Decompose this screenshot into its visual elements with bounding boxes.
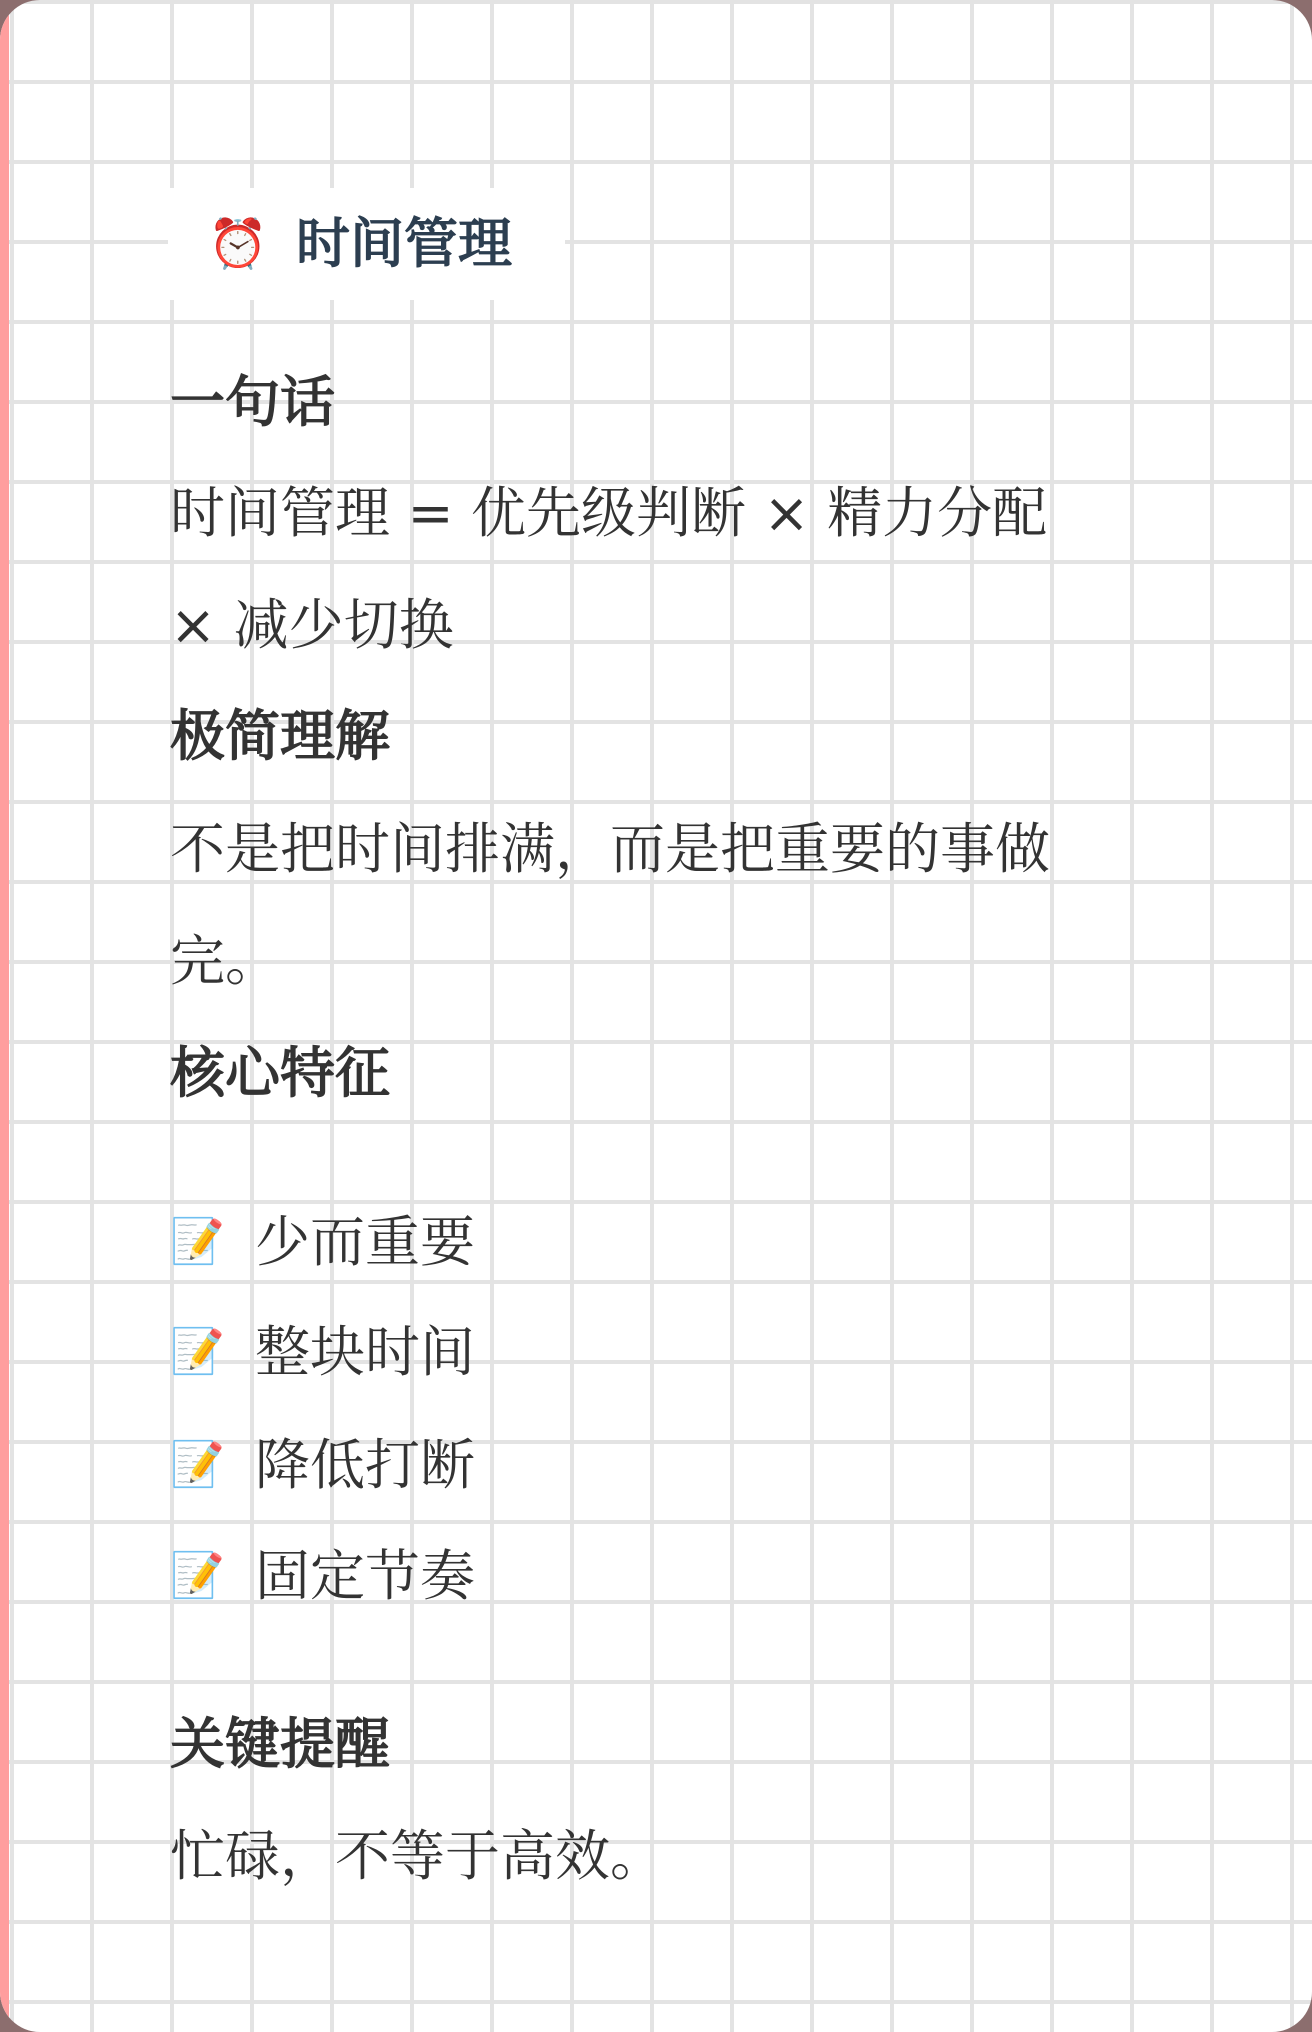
memo-icon: 📝	[170, 1324, 220, 1380]
note-page: ⏰ 时间管理 一句话 时间管理 = 优先级判断 × 精力分配 × 减少切换 极简…	[0, 0, 1312, 2032]
memo-icon: 📝	[170, 1548, 220, 1604]
memo-icon: 📝	[170, 1214, 220, 1270]
simple-understanding-text: 不是把时间排满，而是把重要的事做完。	[170, 793, 1100, 1017]
key-reminder-text: 忙碌，不等于高效。	[170, 1800, 1100, 1912]
list-item-text: 少而重要	[255, 1186, 475, 1298]
heading-key-reminder: 关键提醒	[170, 1688, 1100, 1800]
heading-core-features: 核心特征	[170, 1017, 1100, 1129]
page-title: 时间管理	[296, 188, 512, 300]
alarm-clock-icon: ⏰	[208, 214, 264, 274]
title-card: ⏰ 时间管理	[168, 188, 565, 300]
heading-simple-understanding: 极简理解	[170, 680, 1100, 792]
margin-line	[0, 0, 9, 2032]
list-item-text: 固定节奏	[255, 1520, 475, 1632]
list-item-text: 整块时间	[255, 1296, 475, 1408]
memo-icon: 📝	[170, 1437, 220, 1493]
one-sentence-text: 时间管理 = 优先级判断 × 精力分配 × 减少切换	[170, 457, 1100, 681]
heading-one-sentence: 一句话	[170, 346, 1100, 458]
list-item-text: 降低打断	[255, 1409, 475, 1521]
